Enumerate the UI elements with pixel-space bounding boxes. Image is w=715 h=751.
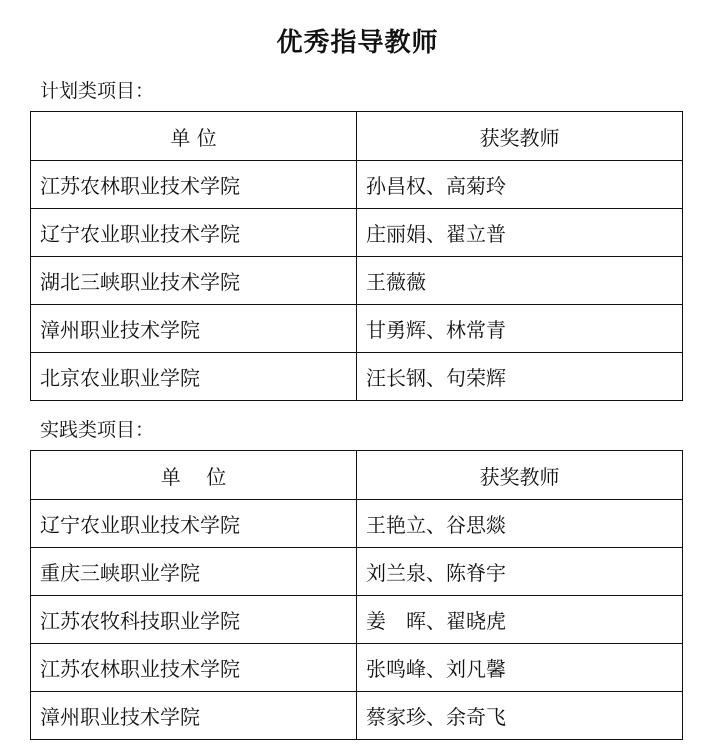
teachers-cell: 孙昌权、高菊玲 [357,161,683,209]
unit-cell: 江苏农林职业技术学院 [31,161,357,209]
plan-projects-table: 单 位 获奖教师 江苏农林职业技术学院 孙昌权、高菊玲 辽宁农业职业技术学院 庄… [30,111,683,401]
page-title: 优秀指导教师 [0,22,715,59]
teachers-cell: 王薇薇 [357,257,683,305]
teachers-cell: 姜 晖、翟晓虎 [357,596,683,644]
table-row: 漳州职业技术学院 蔡家珍、余奇飞 [31,692,683,740]
unit-cell: 北京农业职业学院 [31,353,357,401]
teachers-cell: 张鸣峰、刘凡馨 [357,644,683,692]
unit-cell: 重庆三峡职业学院 [31,548,357,596]
teachers-cell: 蔡家珍、余奇飞 [357,692,683,740]
unit-cell: 江苏农牧科技职业学院 [31,596,357,644]
header-teachers: 获奖教师 [357,451,683,500]
table-row: 江苏农牧科技职业学院 姜 晖、翟晓虎 [31,596,683,644]
section-label-practice: 实践类项目： [40,415,154,442]
unit-cell: 江苏农林职业技术学院 [31,644,357,692]
unit-cell: 漳州职业技术学院 [31,692,357,740]
unit-cell: 辽宁农业职业技术学院 [31,500,357,548]
table-row: 湖北三峡职业技术学院 王薇薇 [31,257,683,305]
table-row: 漳州职业技术学院 甘勇辉、林常青 [31,305,683,353]
teachers-cell: 庄丽娟、翟立普 [357,209,683,257]
table-row: 重庆三峡职业学院 刘兰泉、陈脊宇 [31,548,683,596]
practice-projects-table: 单 位 获奖教师 辽宁农业职业技术学院 王艳立、谷思燚 重庆三峡职业学院 刘兰泉… [30,450,683,740]
unit-cell: 湖北三峡职业技术学院 [31,257,357,305]
table-row: 江苏农林职业技术学院 孙昌权、高菊玲 [31,161,683,209]
table-header-row: 单 位 获奖教师 [31,451,683,500]
teachers-cell: 王艳立、谷思燚 [357,500,683,548]
header-unit: 单 位 [31,112,357,161]
table-row: 辽宁农业职业技术学院 庄丽娟、翟立普 [31,209,683,257]
teachers-cell: 甘勇辉、林常青 [357,305,683,353]
table-header-row: 单 位 获奖教师 [31,112,683,161]
header-unit: 单 位 [31,451,357,500]
teachers-cell: 刘兰泉、陈脊宇 [357,548,683,596]
unit-cell: 辽宁农业职业技术学院 [31,209,357,257]
section-label-plan: 计划类项目： [40,76,154,103]
table-row: 辽宁农业职业技术学院 王艳立、谷思燚 [31,500,683,548]
unit-cell: 漳州职业技术学院 [31,305,357,353]
teachers-cell: 汪长钢、句荣辉 [357,353,683,401]
header-teachers: 获奖教师 [357,112,683,161]
table-row: 江苏农林职业技术学院 张鸣峰、刘凡馨 [31,644,683,692]
table-row: 北京农业职业学院 汪长钢、句荣辉 [31,353,683,401]
